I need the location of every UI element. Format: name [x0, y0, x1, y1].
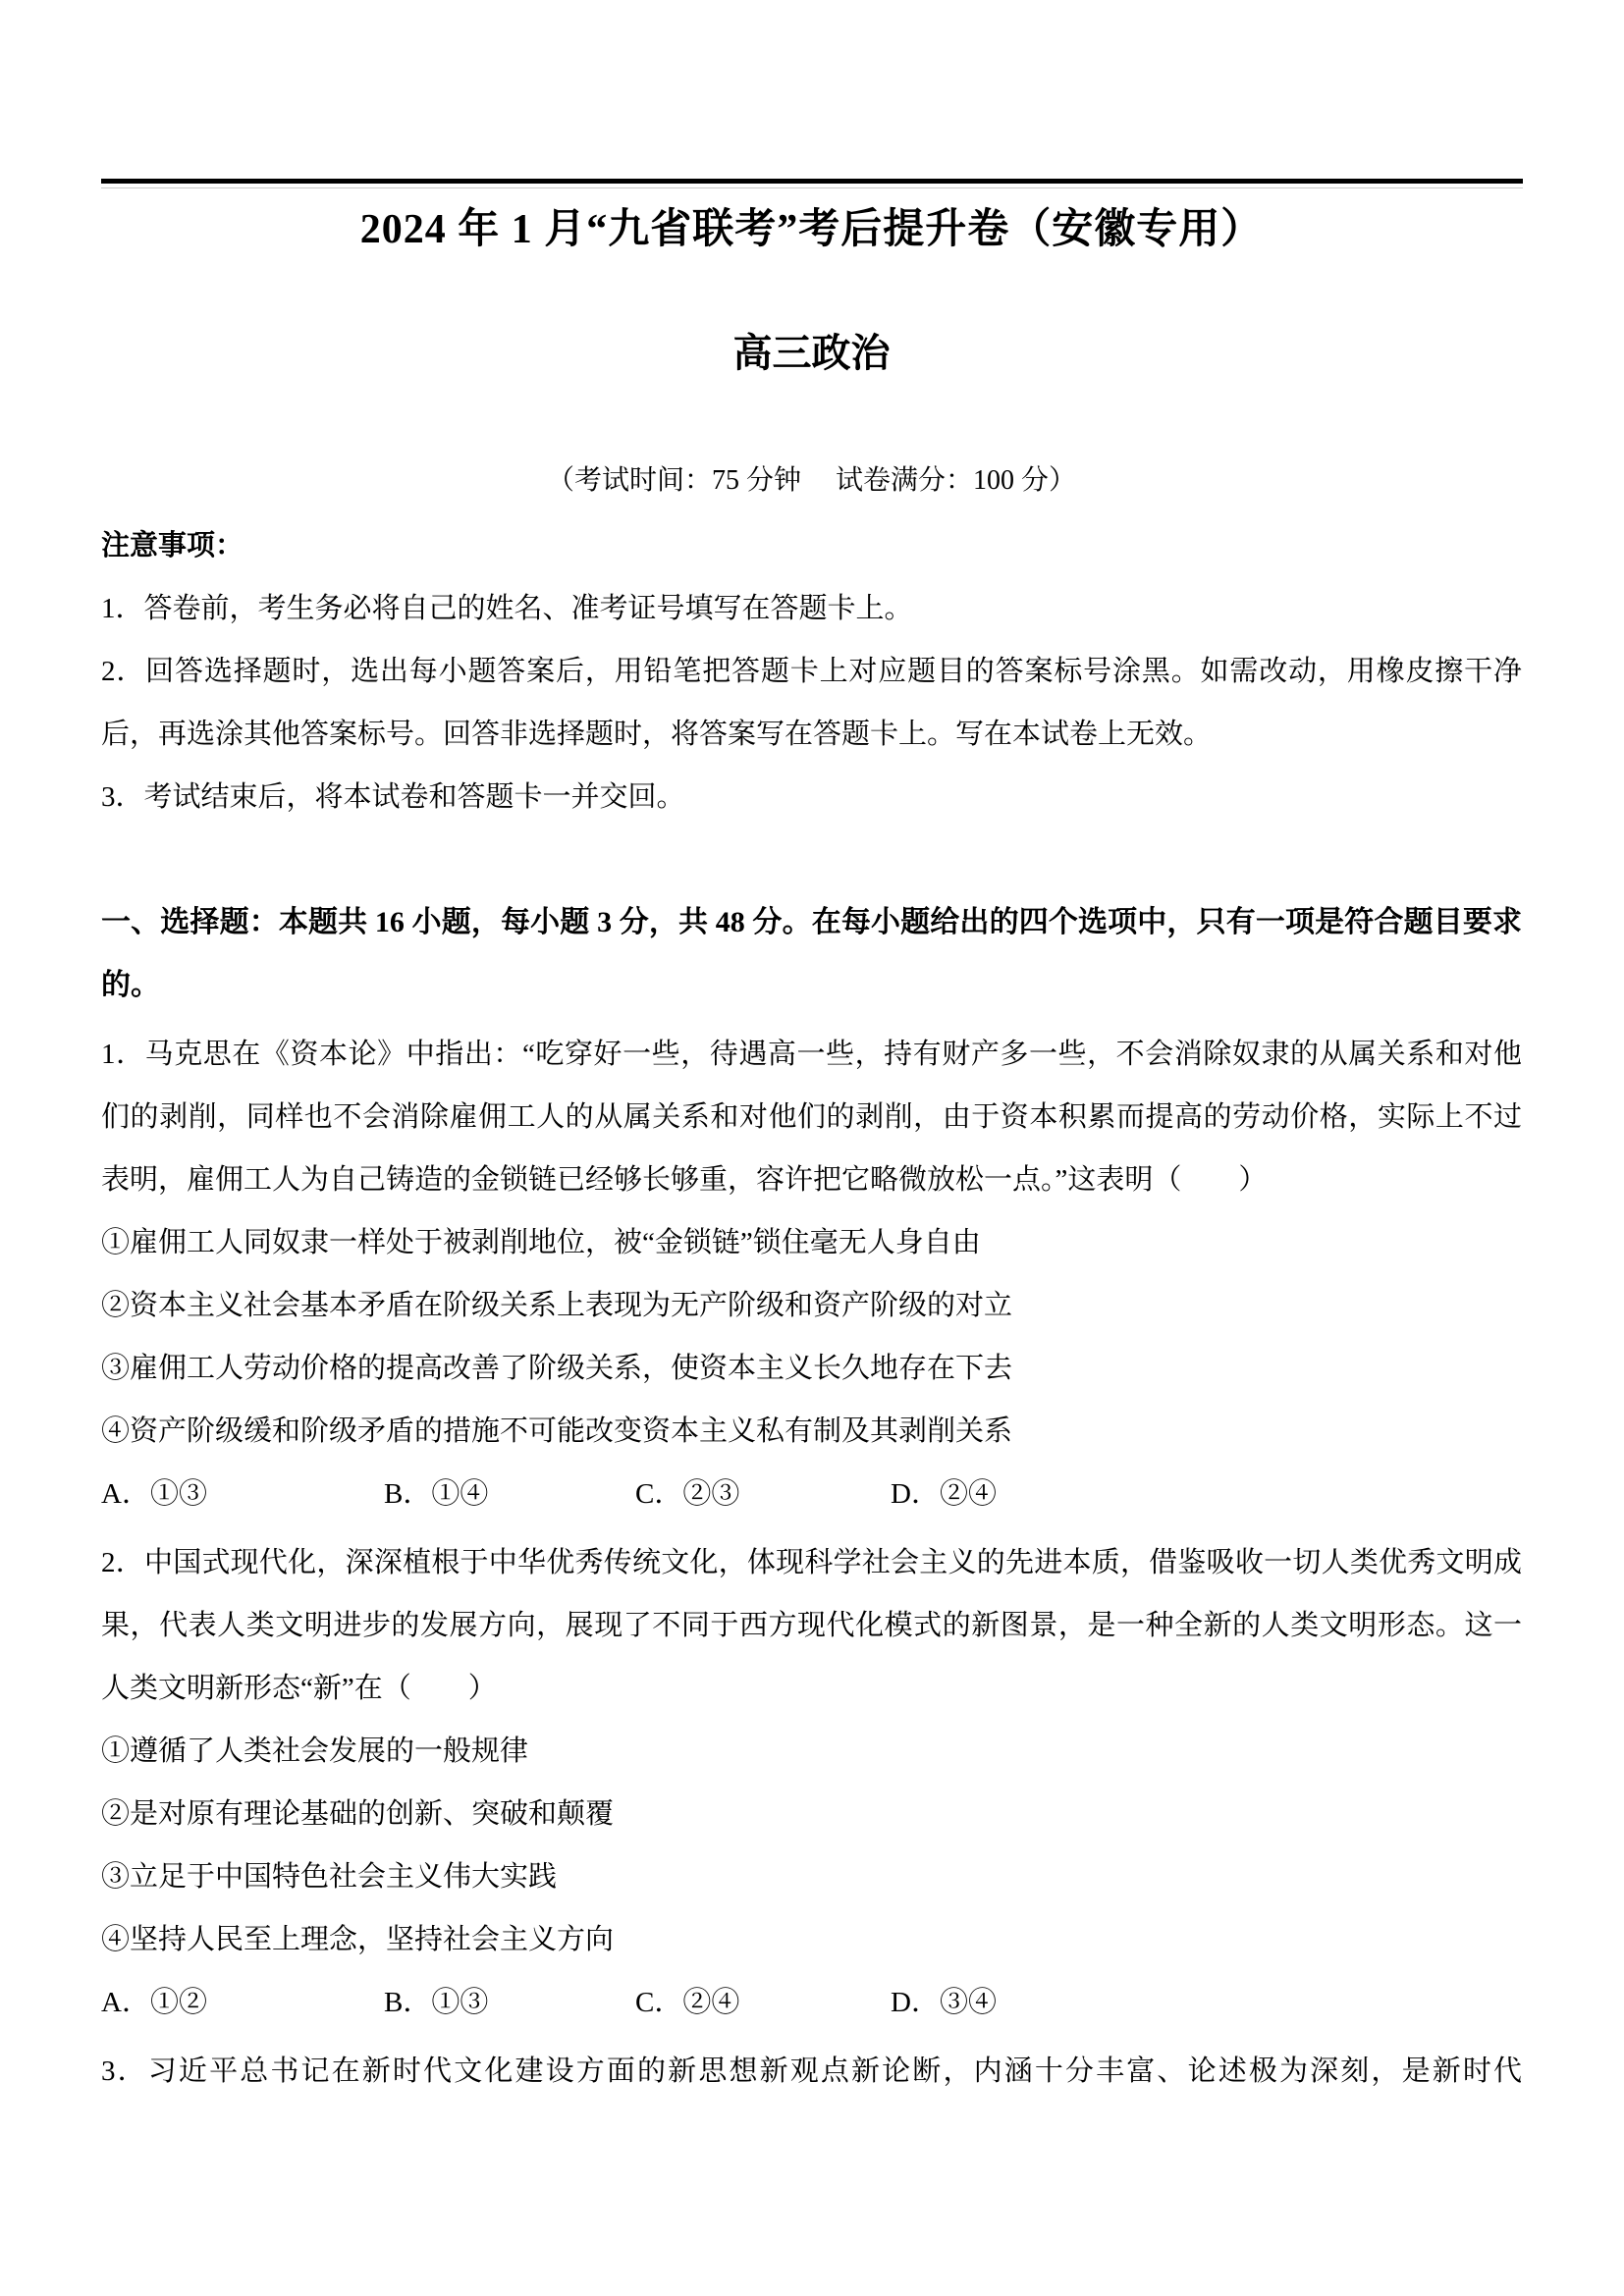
question-1-choice-c: C．②③: [635, 1463, 891, 1525]
exam-meta: （考试时间：75 分钟 试卷满分：100 分）: [101, 465, 1522, 497]
question-3-stem: 3．习近平总书记在新时代文化建设方面的新思想新观点新论断，内涵十分丰富、论述极为…: [101, 2040, 1522, 2103]
question-1-statement-3: ③雇佣工人劳动价格的提高改善了阶级关系，使资本主义长久地存在下去: [101, 1337, 1522, 1400]
question-2-statement-1: ①遵循了人类社会发展的一般规律: [101, 1720, 1522, 1783]
question-1-stem: 1．马克思在《资本论》中指出：“吃穿好一些，待遇高一些，持有财产多一些，不会消除…: [101, 1023, 1522, 1211]
question-2-choice-d: D．③④: [891, 1971, 1522, 2034]
question-1-choice-d: D．②④: [891, 1463, 1522, 1525]
exam-title: 2024 年 1 月“九省联考”考后提升卷（安徽专用）: [101, 206, 1522, 253]
question-2-choice-b: B．①③: [384, 1971, 635, 2034]
question-2-choice-c: C．②④: [635, 1971, 891, 2034]
exam-subject: 高三政治: [101, 330, 1522, 377]
question-3: 3．习近平总书记在新时代文化建设方面的新思想新观点新论断，内涵十分丰富、论述极为…: [101, 2040, 1522, 2103]
notice-item-3: 3．考试结束后，将本试卷和答题卡一并交回。: [101, 766, 1522, 828]
notice-heading: 注意事项：: [101, 514, 1522, 577]
page-content: 2024 年 1 月“九省联考”考后提升卷（安徽专用） 高三政治 （考试时间：7…: [0, 0, 1624, 2103]
exam-body: 注意事项： 1．答卷前，考生务必将自己的姓名、准考证号填写在答题卡上。 2．回答…: [101, 514, 1522, 2103]
question-1-statement-1: ①雇佣工人同奴隶一样处于被剥削地位，被“金锁链”锁住毫无人身自由: [101, 1211, 1522, 1274]
question-1: 1．马克思在《资本论》中指出：“吃穿好一些，待遇高一些，持有财产多一些，不会消除…: [101, 1023, 1522, 1525]
blank-line: [101, 828, 1522, 891]
question-1-choices: A．①③ B．①④ C．②③ D．②④: [101, 1463, 1522, 1525]
question-1-statement-4: ④资产阶级缓和阶级矛盾的措施不可能改变资本主义私有制及其剥削关系: [101, 1400, 1522, 1463]
question-1-choice-a: A．①③: [101, 1463, 384, 1525]
header-rule-thin: [101, 187, 1523, 188]
question-2-choices: A．①② B．①③ C．②④ D．③④: [101, 1971, 1522, 2034]
notice-item-2: 2．回答选择题时，选出每小题答案后，用铅笔把答题卡上对应题目的答案标号涂黑。如需…: [101, 640, 1522, 766]
question-2-statement-3: ③立足于中国特色社会主义伟大实践: [101, 1845, 1522, 1908]
header-rule-thick: [101, 179, 1523, 184]
exam-paper-page: 2024 年 1 月“九省联考”考后提升卷（安徽专用） 高三政治 （考试时间：7…: [0, 0, 1624, 2296]
question-2-statement-4: ④坚持人民至上理念，坚持社会主义方向: [101, 1908, 1522, 1971]
notice-item-1: 1．答卷前，考生务必将自己的姓名、准考证号填写在答题卡上。: [101, 577, 1522, 640]
question-2-stem: 2．中国式现代化，深深植根于中华优秀传统文化，体现科学社会主义的先进本质，借鉴吸…: [101, 1531, 1522, 1720]
question-2: 2．中国式现代化，深深植根于中华优秀传统文化，体现科学社会主义的先进本质，借鉴吸…: [101, 1531, 1522, 2034]
question-2-statement-2: ②是对原有理论基础的创新、突破和颠覆: [101, 1783, 1522, 1845]
question-1-choice-b: B．①④: [384, 1463, 635, 1525]
question-2-choice-a: A．①②: [101, 1971, 384, 2034]
question-1-statement-2: ②资本主义社会基本矛盾在阶级关系上表现为无产阶级和资产阶级的对立: [101, 1274, 1522, 1337]
section-1-heading: 一、选择题：本题共 16 小题，每小题 3 分，共 48 分。在每小题给出的四个…: [101, 891, 1522, 1017]
